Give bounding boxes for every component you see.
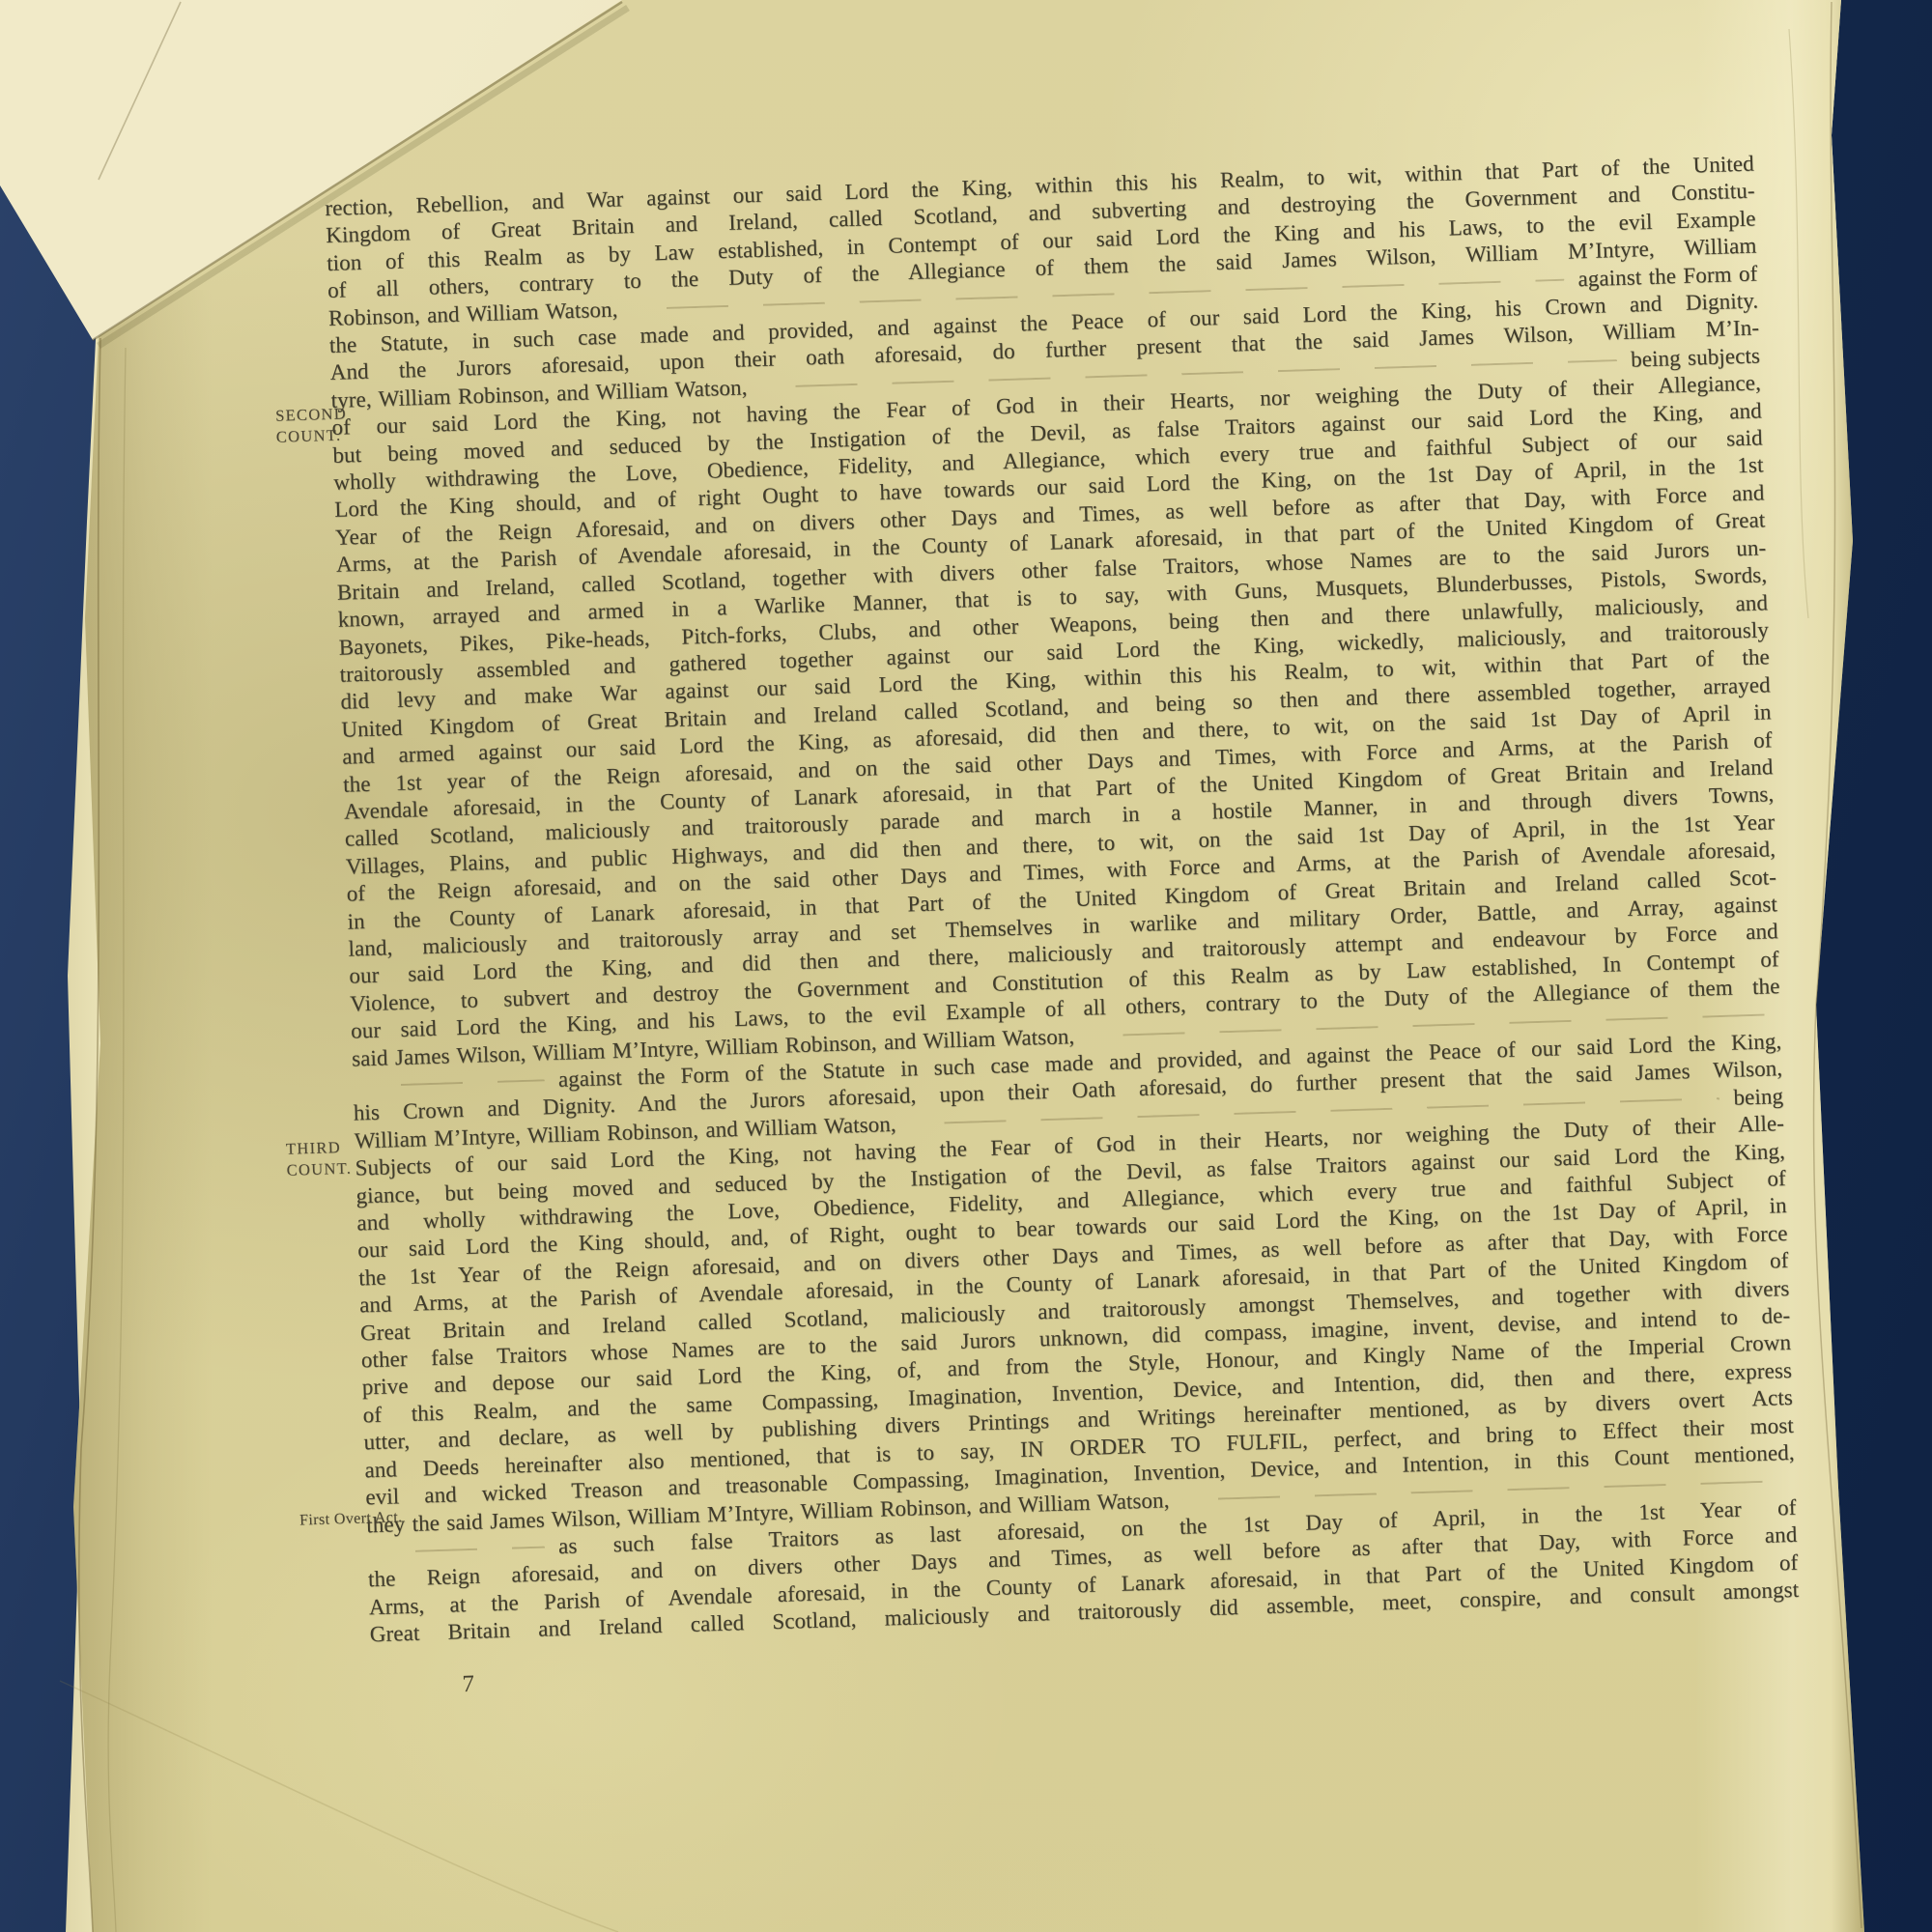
blank-leader-dashes	[381, 1546, 545, 1553]
page-number: 7	[462, 1671, 474, 1698]
body-line-right: being subjects	[1631, 342, 1761, 374]
blank-leader-dashes	[366, 1079, 545, 1088]
margin-note-line: COUNT.	[276, 424, 348, 447]
margin-note-first-overt-act: First Overt Act.	[299, 1507, 403, 1531]
margin-note-third-count: THIRD COUNT.	[286, 1137, 353, 1181]
photo-background: SECOND COUNT. THIRD COUNT. First Overt A…	[0, 0, 1932, 1932]
margin-note-line: THIRD	[286, 1137, 352, 1160]
margin-note-line: SECOND	[275, 403, 347, 426]
margin-note-line: First Overt Act.	[299, 1507, 403, 1531]
body-text: rection, Rebellion, and War against our …	[325, 151, 1800, 1649]
body-line-right: being	[1733, 1083, 1783, 1112]
margin-note-line: COUNT.	[286, 1158, 352, 1181]
margin-note-second-count: SECOND COUNT.	[275, 403, 348, 447]
page-content: SECOND COUNT. THIRD COUNT. First Overt A…	[325, 151, 1800, 1649]
